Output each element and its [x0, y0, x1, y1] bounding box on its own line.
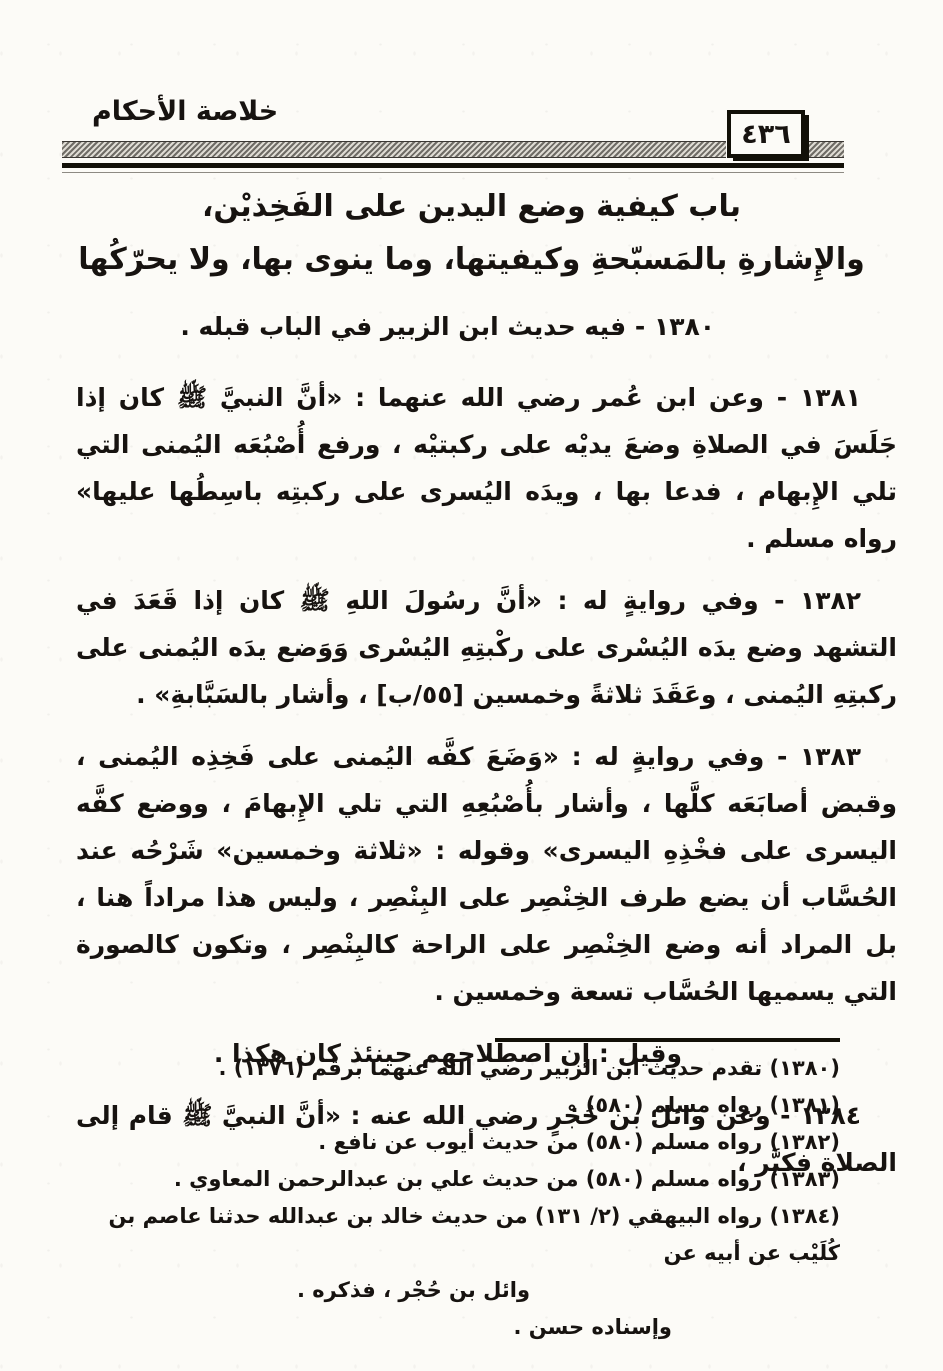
hadith-paragraph-1380: ١٣٨٠ - فيه حديث ابن الزبير في الباب قبله… — [76, 303, 897, 350]
hadith-paragraph-1383: ١٣٨٣ - وفي روايةٍ له : «وَضَعَ كفَّه الي… — [76, 733, 897, 1015]
book-title: خلاصة الأحكام — [92, 96, 310, 127]
hadith-paragraph-1382: ١٣٨٢ - وفي روايةٍ له : «أنَّ رسُولَ الله… — [76, 577, 897, 718]
footnote-isnad-grade: وإسناده حسن . — [86, 1309, 840, 1346]
header-ornament-band-right — [806, 141, 844, 158]
footnote-1382: (١٣٨٢) رواه مسلم (٥٨٠) من حديث أيوب عن ن… — [86, 1124, 840, 1161]
footnote-1381: (١٣٨١) رواه مسلم (٥٨٠) . — [86, 1087, 840, 1124]
chapter-heading-line-1: باب كيفية وضع اليدين على الفَخِذيْن، — [60, 180, 883, 233]
footnote-1384-line-1: (١٣٨٤) رواه البيهقي (٢/ ١٣١) من حديث خال… — [86, 1198, 840, 1272]
header-rule-shadow — [62, 172, 844, 173]
footnote-1383: (١٣٨٣) رواه مسلم (٥٨٠) من حديث علي بن عب… — [86, 1161, 840, 1198]
footnote-separator — [495, 1038, 840, 1042]
footnotes-section: (١٣٨٠) تقدم حديث ابن الزبير رضي الله عنه… — [86, 1038, 840, 1346]
footnote-1384-line-2: وائل بن حُجْر ، فذكره . — [86, 1272, 840, 1309]
header-rule — [62, 163, 844, 168]
chapter-heading-line-2: والإِشارةِ بالمَسبّحةِ وكيفيتها، وما ينو… — [60, 233, 883, 286]
book-page: خلاصة الأحكام ٤٣٦ باب كيفية وضع اليدين ع… — [0, 0, 943, 1371]
page-number: ٤٣٦ — [741, 119, 790, 150]
hadith-paragraph-1381: ١٣٨١ - وعن ابن عُمر رضي الله عنهما : «أن… — [76, 374, 897, 562]
header-ornament-band-left — [62, 141, 726, 158]
page-number-box: ٤٣٦ — [727, 110, 805, 158]
footnote-1380: (١٣٨٠) تقدم حديث ابن الزبير رضي الله عنه… — [86, 1050, 840, 1087]
chapter-heading: باب كيفية وضع اليدين على الفَخِذيْن، وال… — [60, 180, 883, 286]
